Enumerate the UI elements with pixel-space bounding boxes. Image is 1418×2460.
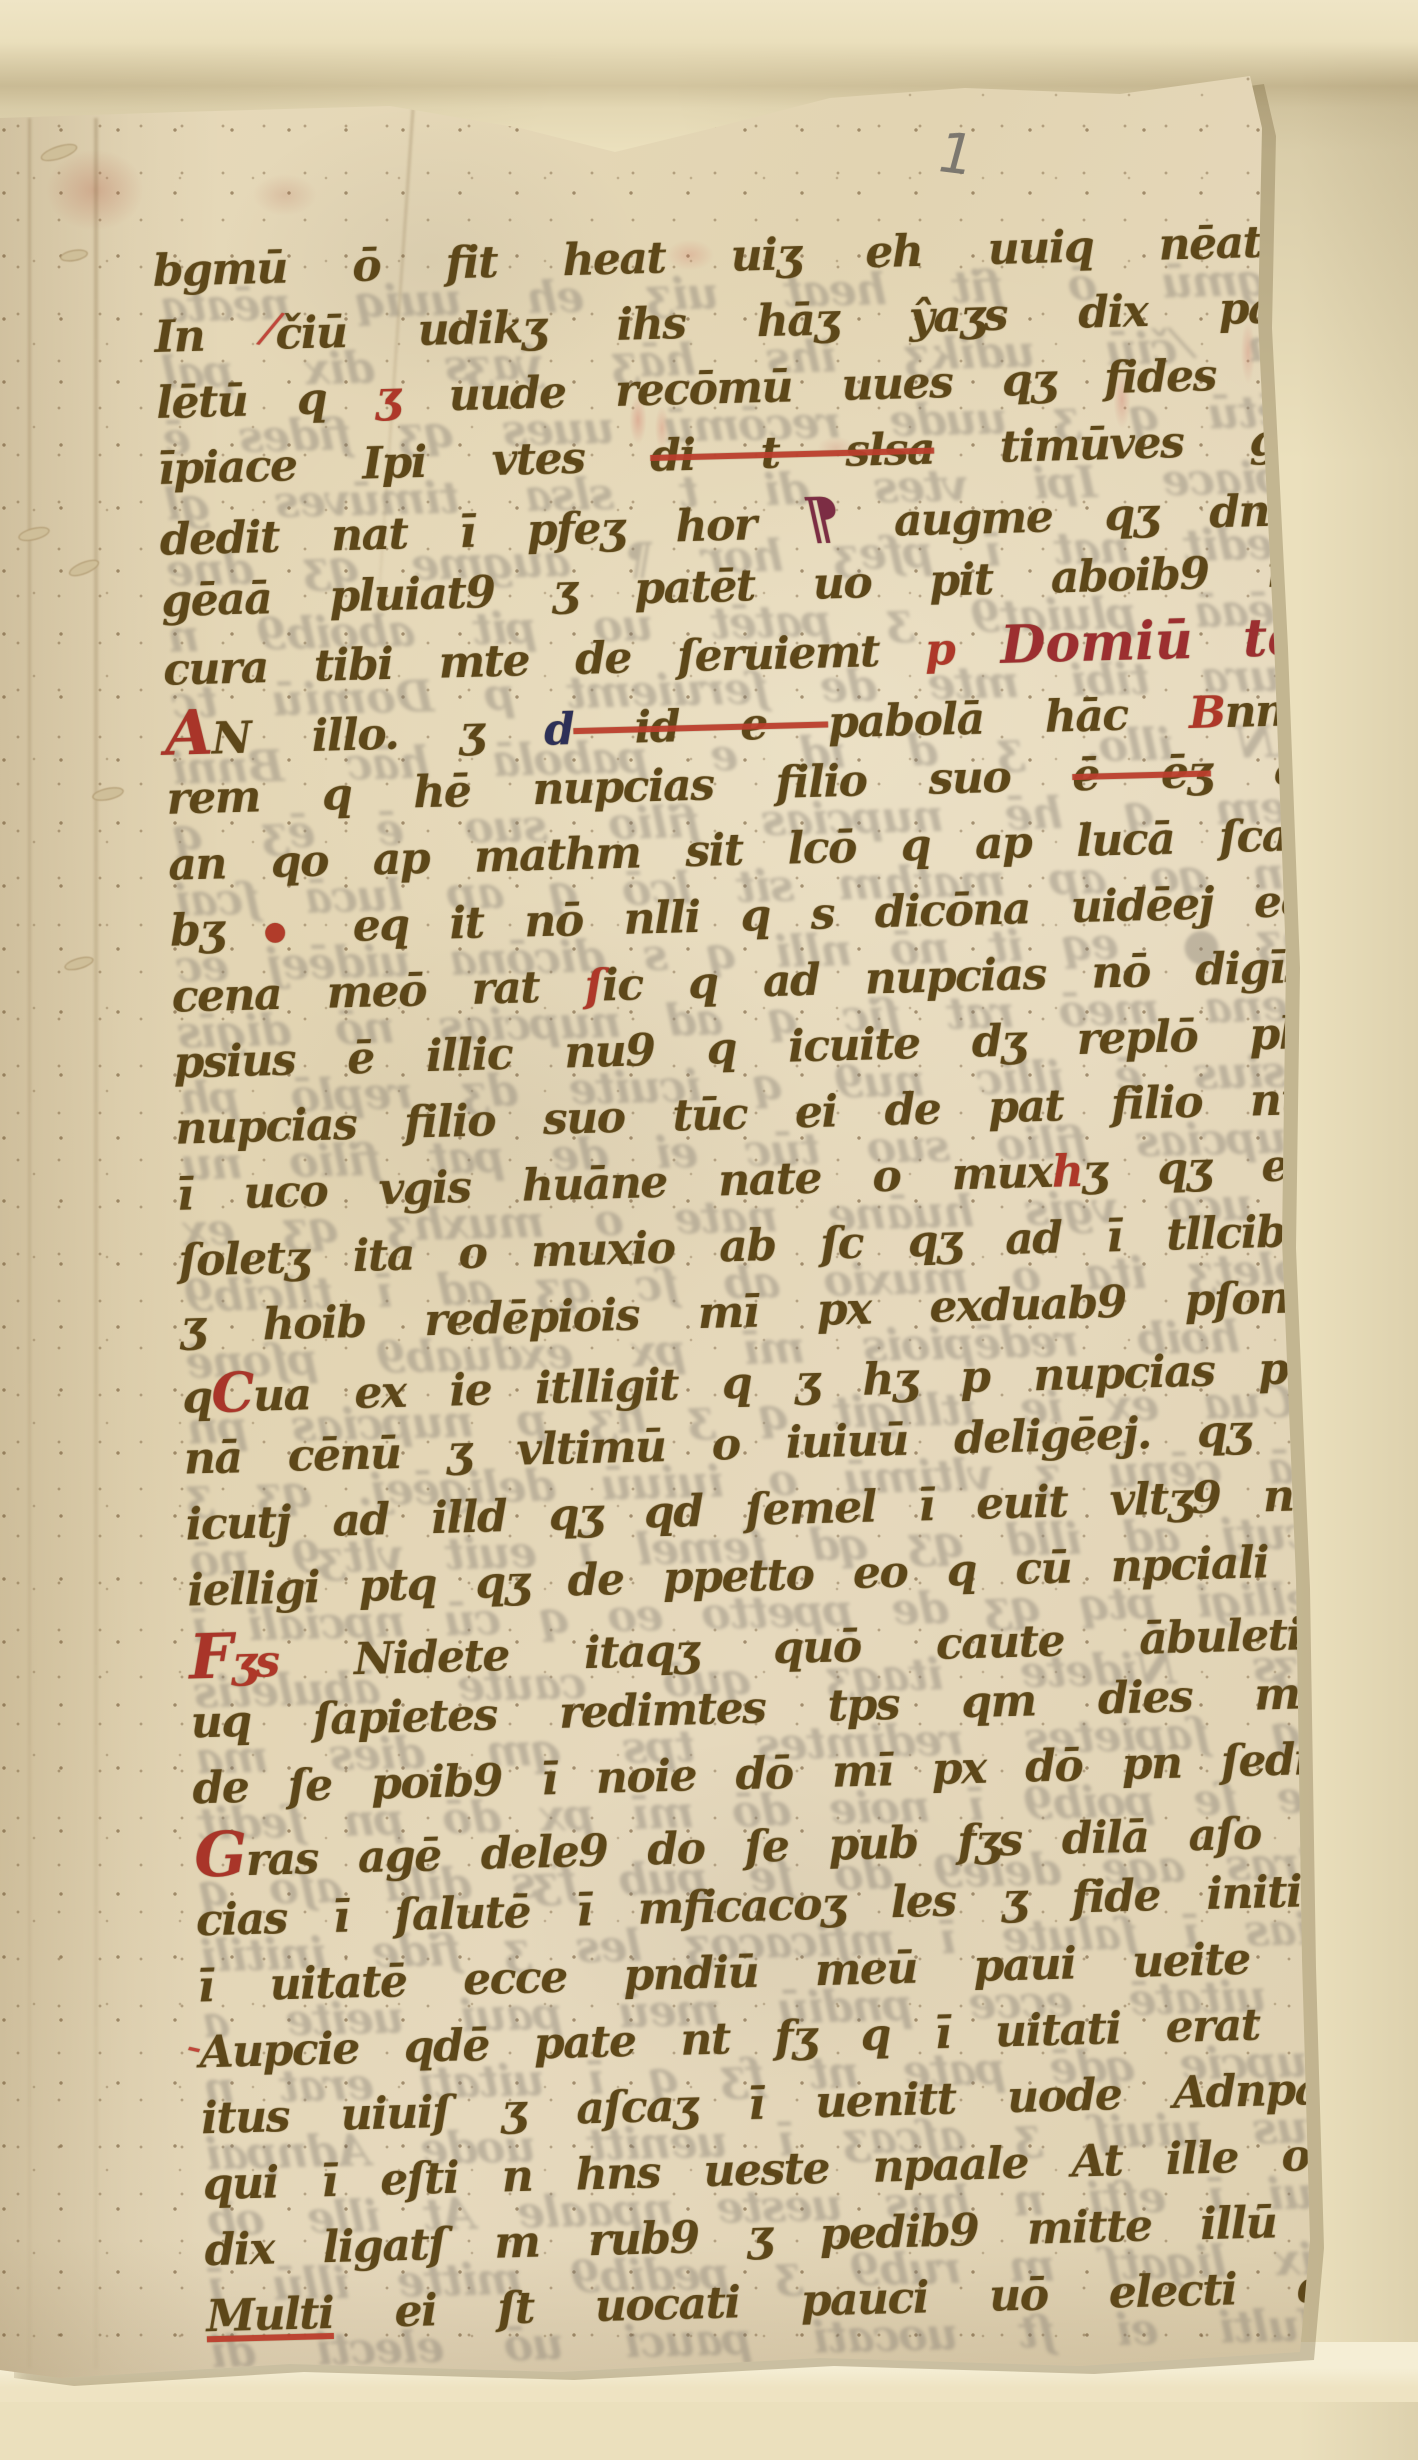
binding-fold-crease <box>28 118 31 2368</box>
rubric-segment: - <box>180 2014 194 2076</box>
rubric-segment: d <box>543 704 574 756</box>
rubric-segment: F <box>188 1619 232 1693</box>
text-segment: timūves gl <box>933 414 1294 474</box>
rubric-segment: h <box>1051 1146 1083 1198</box>
text-segment: bʒ <box>169 903 264 956</box>
rubric-segment: G <box>193 1817 246 1891</box>
rubric-segment: ● <box>263 916 312 947</box>
rubric-segment: B <box>1188 687 1225 739</box>
text-segment: ʒ qʒ ex <box>1082 1140 1314 1197</box>
rubric-segment: id e <box>573 697 829 755</box>
stitching-slit <box>59 248 88 264</box>
rubric-segment: di t slsa <box>650 424 935 482</box>
rubric-segment: ʒs <box>231 1634 354 1688</box>
photograph-backdrop: bgmū ō fit heat uiʒ eh uuiq nēataIn /čiū… <box>0 0 1418 2460</box>
rubric-segment: ſ <box>584 960 603 1011</box>
text-segment: q <box>182 1372 213 1424</box>
text-segment: cena meō rat <box>171 961 585 1023</box>
rubric-segment: A <box>164 696 213 770</box>
text-segment: lētū q <box>156 372 377 429</box>
rubric-segment: p <box>924 623 1001 676</box>
binding-fold-crease <box>94 118 98 2368</box>
stitching-slit <box>63 954 95 973</box>
stitching-slit <box>39 140 79 164</box>
rubric-segment: Multi <box>206 2288 334 2342</box>
text-segment: pabolā hāc <box>827 688 1189 748</box>
text-segment: augme qʒ dne <box>841 485 1296 548</box>
text-segment: ic q ad nupcias nō digīs <box>601 942 1308 1011</box>
rubric-segment: C <box>211 1360 254 1425</box>
rubric-segment: - <box>1343 2022 1360 2084</box>
rubric-segment: Domiū tc <box>1000 607 1300 676</box>
rubric-segment: ¶ <box>807 486 843 551</box>
text-segment: N illo. ʒ <box>211 705 545 765</box>
rubric-segment: ʒ <box>375 372 400 424</box>
stitching-slit <box>17 524 51 543</box>
manuscript-text-block: bgmū ō fit heat uiʒ eh uuiq nēataIn /čiū… <box>152 210 1343 2351</box>
text-segment: īpiace Ipi vtes <box>157 431 651 495</box>
manuscript-leaf: bgmū ō fit heat uiʒ eh uuiq nēataIn /čiū… <box>0 0 1418 2460</box>
text-segment: In <box>154 309 276 363</box>
rubric-segment: ē ēʒ <box>1072 746 1212 801</box>
